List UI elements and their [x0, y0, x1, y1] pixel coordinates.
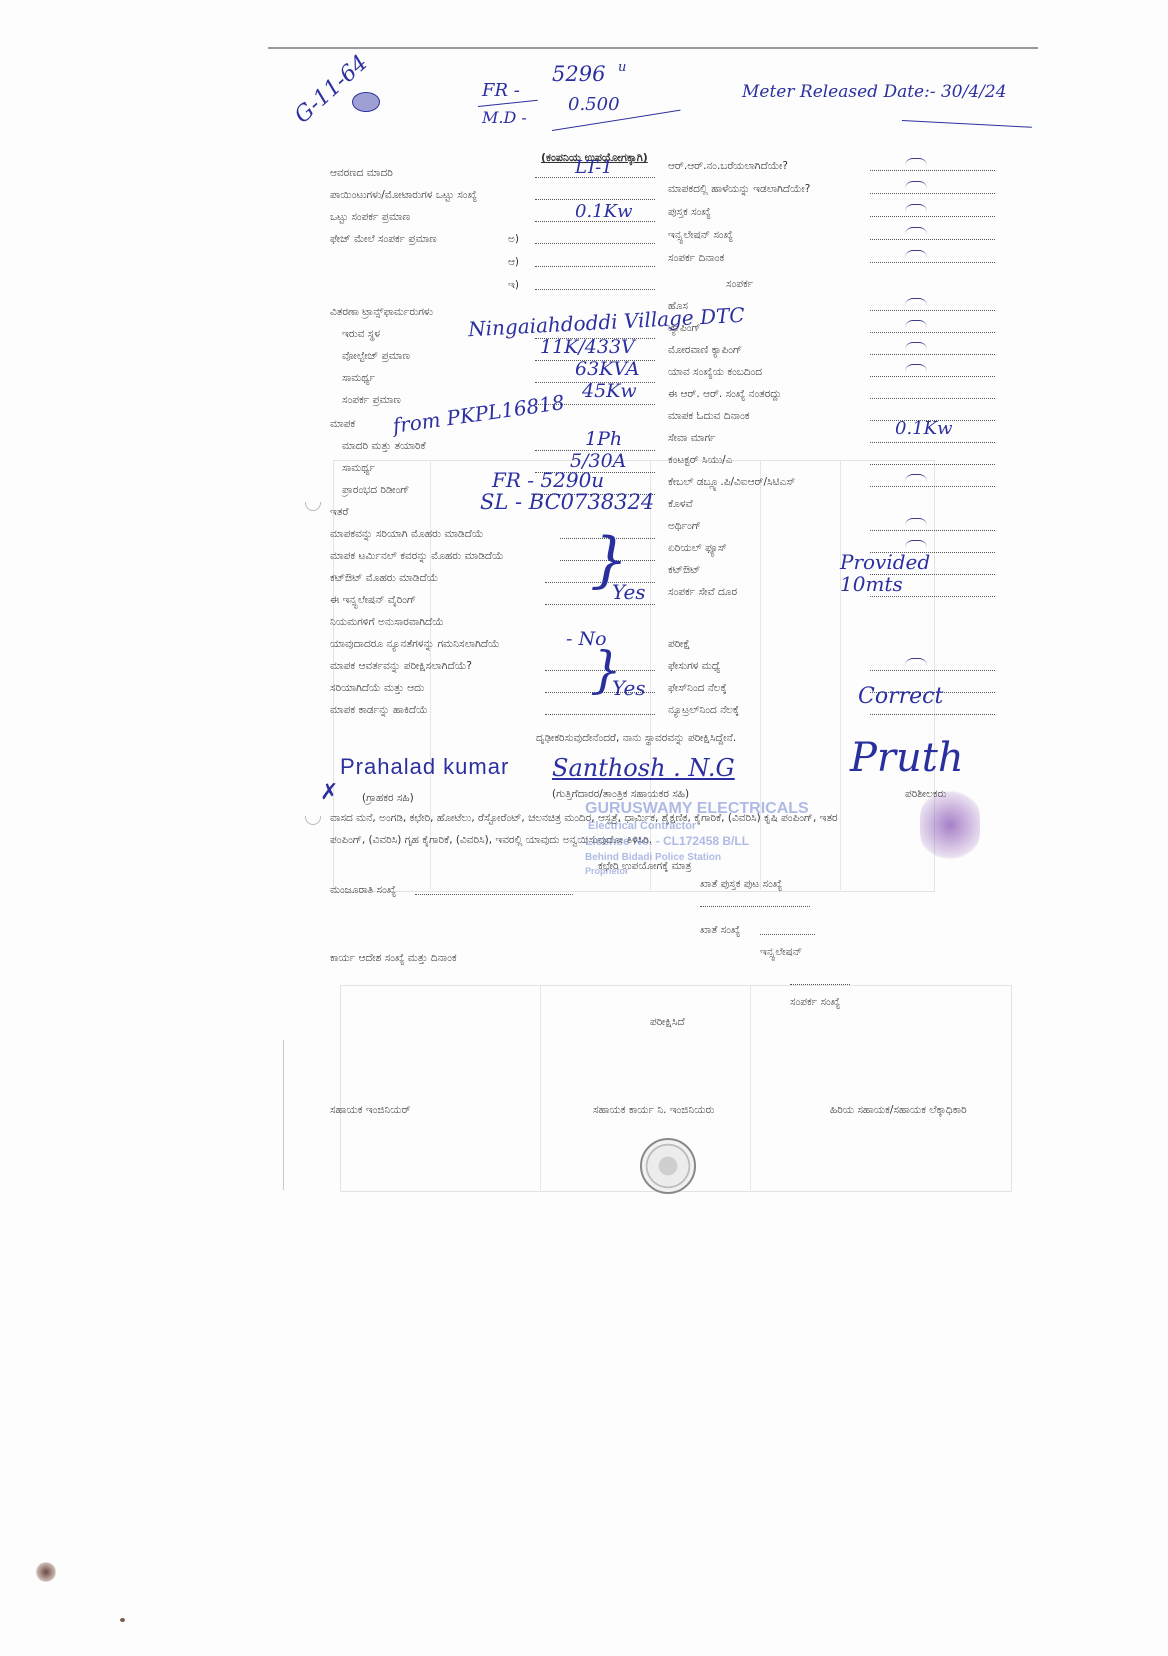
field-dots[interactable]: [870, 216, 995, 217]
office-use-heading: ಕಛೇರಿ ಉಪಯೋಗಕ್ಕೆ ಮಾತ್ರ: [598, 860, 691, 873]
field-label: ಕೊಳವೆ: [668, 498, 693, 511]
phase-dots[interactable]: [535, 266, 655, 267]
check-label: ಮಾಪಕ ಟರ್ಮಿನಲ್ ಕವರನ್ನು ಮೊಹರು ಮಾಡಿದೆಯೆ: [330, 550, 504, 563]
field-dots[interactable]: [870, 262, 995, 263]
bleed-through-line: [540, 985, 541, 1190]
customer-signature-label: (ಗ್ರಾಹಕರ ಸಹಿ): [362, 792, 414, 805]
accounts-officer-label: ಹಿರಿಯ ಸಹಾಯಕ/ಸಹಾಯಕ ಲೆಕ್ಕಾಧಿಕಾರಿ: [830, 1104, 967, 1117]
assistant-engineer-label: ಸಹಾಯಕ ಇಂಜಿನಿಯರ್: [330, 1104, 410, 1117]
dash-mark: [905, 658, 927, 667]
field-dots[interactable]: [870, 376, 995, 377]
field-label: ಆರ್.ಆರ್.ನಂ.ಬರೆಯಲಾಗಿದೆಯೇ?: [668, 160, 788, 173]
field-dots[interactable]: [870, 170, 995, 171]
field-dots[interactable]: [870, 442, 995, 443]
field-dots[interactable]: [870, 596, 995, 597]
phase-marker: ಅ): [508, 233, 519, 246]
meter-released-note: Meter Released Date:- 30/4/24: [742, 82, 1007, 102]
field-label: ಫೇಸ್‌ನಿಂದ ನೆಲಕ್ಕೆ: [668, 682, 727, 695]
field-label: ಸಂಪರ್ಕ ದಿನಾಂಕ: [668, 252, 724, 265]
field-label: ಕಟ್‌ಔಟ್: [668, 564, 700, 577]
field-dots[interactable]: [535, 243, 655, 244]
fr-label: FR -: [482, 80, 520, 101]
field-label: ಯಾವ ಸಂಖ್ಯೆಯ ಕಂಬದಿಂದ: [668, 366, 762, 379]
check-label: ನಿಯಮಗಳಿಗೆ ಅನುಸಾರವಾಗಿದೆಯೆ: [330, 616, 444, 629]
field-label: ಮಾಪಕದಲ್ಲಿ ಹಾಳೆಯನ್ನು ಇಡಲಾಗಿದೆಯೇ?: [668, 183, 810, 196]
account-number-field[interactable]: [760, 934, 815, 935]
fr-unit: u: [618, 60, 626, 75]
field-value[interactable]: 0.1Kw: [575, 201, 632, 222]
field-label: ಪರೀಕ್ಷೆ: [668, 638, 690, 651]
dash-mark: [905, 250, 927, 259]
dash-mark: [905, 181, 927, 190]
phase-marker: ಆ): [508, 256, 519, 269]
scanned-form-page: G-11-64 FR - 5296 u M.D - 0.500 Meter Re…: [0, 0, 1168, 1656]
meter-model-label: ಮಾದರಿ ಮತ್ತು ತಯಾರಿಕೆ: [342, 440, 426, 453]
field-label: ಕಂಟಕ್ಟರ್ ಸಿಯು/ಎ: [668, 454, 732, 467]
bleed-through-line: [760, 460, 761, 890]
field-value[interactable]: 10mts: [840, 572, 903, 596]
bleed-through-line: [750, 985, 751, 1190]
field-dots[interactable]: [870, 193, 995, 194]
phase-dots[interactable]: [535, 289, 655, 290]
check-dots[interactable]: [545, 604, 655, 605]
meter-heading: ಮಾಪಕ: [330, 418, 355, 431]
field-label: ಈ ಆರ್. ಆರ್. ಸಂಖ್ಯೆ ನಂತರದ್ದು: [668, 388, 781, 401]
dash-mark: [905, 540, 927, 549]
meter-source-note: from PKPL16818: [391, 390, 566, 438]
field-label: ಪುಸ್ತಕ ಸಂಖ್ಯೆ: [668, 206, 711, 219]
checked-label: ಪರೀಕ್ಷಿಸಿದೆ: [650, 1016, 685, 1029]
phase-marker: ಇ): [508, 279, 519, 292]
connected-load-value[interactable]: 45Kw: [582, 380, 637, 402]
ledger-page-label: ಖಾತೆ ಪುಸ್ತಕ ಪುಟ ಸಂಖ್ಯೆ: [700, 878, 782, 891]
punch-hole-mark: [305, 816, 321, 825]
field-dots[interactable]: [870, 354, 995, 355]
sanction-number-field[interactable]: [415, 894, 573, 895]
sanction-number-label: ಮಂಜೂರಾತಿ ಸಂಖ್ಯೆ: [330, 884, 396, 897]
location-label: ಇರುವ ಸ್ಥಳ: [342, 328, 380, 341]
check-label: ಸರಿಯಾಗಿದೆಯೆ ಮತ್ತು ಆದು: [330, 682, 424, 695]
field-label: ಟ್ಯಾಪಿಂಗ್: [668, 322, 701, 335]
transformer-heading: ವಿತರಣಾ ಟ್ರಾನ್ಸ್‌ಫಾರ್ಮರುಗಳು: [330, 306, 433, 319]
certification-text: ದೃಢೀಕರಿಸುವುದೇನೆಂದರೆ, ನಾನು ಸ್ಥಾವರವನ್ನು ಪರ…: [536, 732, 736, 745]
voltage-label: ವೋಲ್ಟೇಜ್ ಪ್ರಮಾಣ: [342, 350, 410, 363]
field-label: ಫೇಸುಗಳ ಮಧ್ಯೆ: [668, 660, 720, 673]
purple-stamp: [920, 790, 980, 860]
field-dots[interactable]: [870, 530, 995, 531]
field-label: ಒಟ್ಟು ಸಂಪರ್ಕ ಪ್ರಮಾಣ: [330, 211, 410, 224]
meter-released-arrow: [902, 120, 1032, 128]
field-dots[interactable]: [535, 199, 655, 200]
voltage-value[interactable]: 11K/433V: [540, 336, 635, 358]
dash-mark: [905, 227, 927, 236]
field-label: ಹೊಸ: [668, 300, 688, 313]
work-order-label: ಕಾರ್ಯ ಆದೇಶ ಸಂಖ್ಯೆ ಮತ್ತು ದಿನಾಂಕ: [330, 952, 457, 965]
contractor-signature: Santhosh . N.G: [552, 754, 735, 782]
official-signature: Pruth: [850, 735, 964, 781]
field-value[interactable]: Correct: [858, 684, 943, 709]
connected-load-label: ಸಂಪರ್ಕ ಪ್ರಮಾಣ: [342, 394, 401, 407]
field-label: ಪಾಯಿಂಟುಗಳು/ಮೋಟಾರುಗಳ ಒಟ್ಟು ಸಂಖ್ಯೆ: [330, 189, 477, 202]
field-dots[interactable]: [870, 464, 995, 465]
dash-mark: [905, 158, 927, 167]
asst-exec-engineer-label: ಸಹಾಯಕ ಕಾರ್ಯ ನಿ. ಇಂಜಿನಿಯರು: [593, 1104, 714, 1117]
bleed-through-line: [430, 460, 431, 890]
field-dots[interactable]: [870, 332, 995, 333]
dash-mark: [905, 320, 927, 329]
top-rule: [268, 47, 1038, 49]
meter-serial-value[interactable]: SL - BC0738324: [480, 490, 654, 514]
field-dots[interactable]: [870, 310, 995, 311]
field-dots[interactable]: [870, 714, 995, 715]
check-label: ಕಟ್‌ಔಟ್ ಮೊಹರು ಮಾಡಿದೆಯೆ: [330, 572, 438, 585]
field-label: ಆವರಣದ ಮಾದರಿ: [330, 167, 393, 180]
field-dots[interactable]: [870, 670, 995, 671]
dash-mark: [905, 474, 927, 483]
checks-answer-1: Yes: [612, 580, 646, 604]
field-value[interactable]: Provided: [840, 550, 930, 574]
dash-mark: [905, 342, 927, 351]
field-dots[interactable]: [870, 239, 995, 240]
field-label: ಮೋರವಾಣಿ ಕ್ಯಾಪಿಂಗ್: [668, 344, 742, 357]
fr-value: 5296: [552, 62, 605, 86]
check-label: ಯಾವುದಾದರೂ ನ್ಯೂನತೆಗಳನ್ನು ಗಮನಿಸಲಾಗಿದೆಯೆ: [330, 638, 500, 651]
field-label: ನ್ಯೂಟ್ರಲ್‌ನಿಂದ ನೆಲಕ್ಕೆ: [668, 704, 739, 717]
account-number-label: ಖಾತೆ ಸಂಖ್ಯೆ: [700, 924, 740, 937]
official-seal: [640, 1138, 696, 1194]
ledger-page-field[interactable]: [700, 906, 810, 907]
field-value[interactable]: LT-1: [575, 157, 613, 178]
field-label: ಏರಿಯಲ್ ಫ್ಯೂಸ್: [668, 542, 727, 555]
md-value: 0.500: [568, 94, 620, 115]
field-value[interactable]: 0.1Kw: [895, 418, 952, 439]
connection-heading: ಸಂಪರ್ಕ: [726, 278, 753, 291]
handwritten-ref-number: G-11-64: [290, 51, 373, 129]
customer-mark: ✗: [320, 780, 338, 805]
premises-category-text: ವಾಸದ ಮನೆ, ಅಂಗಡಿ, ಕಛೇರಿ, ಹೋಟೆಲು, ರೆಸ್ಟೋರೆ…: [330, 812, 838, 825]
installation-field[interactable]: [790, 984, 850, 985]
customer-signature: Prahalad kumar: [340, 754, 509, 780]
field-label: ಮಾಪಕ ಓದುವ ದಿನಾಂಕ: [668, 410, 749, 423]
field-label: ಇನ್ಸ್ಟಲೇಷನ್ ಸಂಖ್ಯೆ: [668, 229, 733, 242]
check-label: ಮಾಪಕ ಕಾರ್ಡನ್ನು ಹಾಕಿದೆಯೆ: [330, 704, 428, 717]
field-label: ಫೇಜ್ ಮೇಲೆ ಸಂಪರ್ಕ ಪ್ರಮಾಣ: [330, 233, 437, 246]
premises-category-text-2: ಪಂಪಿಂಗ್, (ವಿವರಿಸಿ) ಗೃಹ ಕೈಗಾರಿಕೆ, (ವಿವರಿಸ…: [330, 834, 652, 847]
installation-label: ಇನ್ಸ್ಟಲೇಷನ್: [760, 946, 802, 959]
check-label: ಮಾಪಕವನ್ನು ಸರಿಯಾಗಿ ಮೊಹರು ಮಾಡಿದೆಯೆ: [330, 528, 484, 541]
check-label: ಈ ಇನ್ಸ್ಟಲೇಷನ್ ವೈರಿಂಗ್: [330, 594, 416, 607]
checks-answer-2: Yes: [612, 676, 646, 700]
bleed-through-line: [840, 460, 841, 890]
field-label: ಸಂಪರ್ಕ ಸೇವೆ ದೂರ: [668, 586, 737, 599]
dash-mark: [905, 518, 927, 527]
md-label: M.D -: [482, 108, 527, 127]
scan-speck: [35, 1562, 57, 1582]
field-dots[interactable]: [870, 398, 995, 399]
scan-speck: [120, 1618, 125, 1622]
dash-mark: [905, 204, 927, 213]
punch-hole-mark: [305, 502, 321, 511]
field-label: ಅರ್ಥಿಂಗ್: [668, 520, 701, 533]
scribble-mark: [352, 92, 380, 112]
meter-capacity-label: ಸಾಮರ್ಥ್ಯ: [342, 462, 375, 475]
connection-number-label: ಸಂಪರ್ಕ ಸಂಖ್ಯೆ: [790, 996, 840, 1009]
check-dots[interactable]: [545, 714, 655, 715]
field-label: ಸೇವಾ ಮಾರ್ಗ: [668, 432, 716, 445]
dash-mark: [905, 298, 927, 307]
initial-reading-value[interactable]: FR - 5290u: [492, 468, 604, 492]
field-label: ಕೇಬಲ್ ಡಬ್ಲ್ಯೂ.ಪಿ/ವಿಐಆರ್/ಸಿಟಿಎಸ್: [668, 476, 795, 489]
initial-reading-label: ಪ್ರಾರಂಭದ ರಿಡೀಂಗ್: [342, 484, 409, 497]
other-label: ಇತರೆ: [330, 506, 348, 519]
dash-mark: [905, 364, 927, 373]
scan-edge-line: [283, 1040, 284, 1190]
check-label: ಮಾಪಕ ಆವರ್ತವನ್ನು ಪರೀಕ್ಷಿಸಲಾಗಿದೆಯೆ?: [330, 660, 472, 673]
meter-model-value[interactable]: 1Ph: [585, 428, 622, 450]
transformer-capacity-label: ಸಾಮರ್ಥ್ಯ: [342, 372, 375, 385]
transformer-capacity-value[interactable]: 63KVA: [575, 358, 640, 380]
field-dots[interactable]: [870, 486, 995, 487]
